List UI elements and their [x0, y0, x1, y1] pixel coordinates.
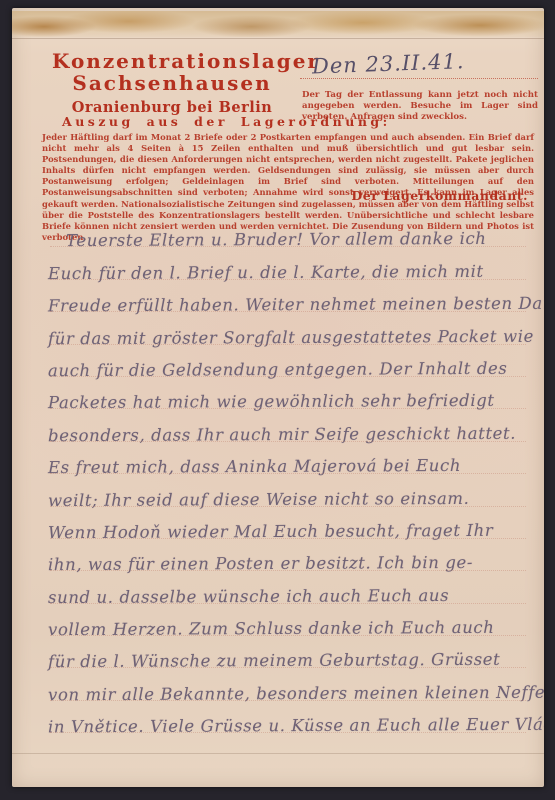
date-line: Den 23.II.41.	[300, 52, 538, 79]
letter-line: Euch für den l. Brief u. die l. Karte, d…	[48, 252, 540, 284]
letter-line: Freude erfüllt haben. Weiter nehmet mein…	[48, 285, 540, 317]
camp-name-line2: Sachsenhausen	[52, 72, 292, 95]
letter-line-text: für die l. Wünsche zu meinem Geburtstag.…	[48, 650, 500, 671]
letter-line: Teuerste Eltern u. Bruder! Vor allem dan…	[48, 220, 540, 252]
letter-line-text: vollem Herzen. Zum Schluss danke ich Euc…	[48, 618, 495, 639]
letter-form-paper: Konzentrationslager Sachsenhausen Oranie…	[12, 8, 544, 787]
letter-line: auch für die Geldsendung entgegen. Der I…	[48, 350, 540, 382]
letter-line: für die l. Wünsche zu meinem Geburtstag.…	[48, 641, 540, 673]
letter-line-text: Packetes hat mich wie gewöhnlich sehr be…	[48, 391, 495, 412]
letter-line-text: ihn, was für einen Posten er besitzt. Ic…	[48, 553, 473, 574]
regulations-heading: Auszug aus der Lagerordnung:	[62, 114, 391, 129]
letter-line-text: Wenn Hodoň wieder Mal Euch besucht, frag…	[48, 521, 493, 542]
letter-line: in Vnětice. Viele Grüsse u. Küsse an Euc…	[48, 706, 540, 738]
handwritten-letter: Teuerste Eltern u. Bruder! Vor allem dan…	[48, 220, 540, 738]
letter-line-text: Freude erfüllt haben. Weiter nehmet mein…	[48, 294, 544, 316]
letter-line-text: auch für die Geldsendung entgegen. Der I…	[48, 359, 508, 380]
tape-stain-strip	[12, 11, 544, 37]
letter-line: für das mit gröster Sorgfalt ausgestatte…	[48, 317, 540, 349]
letter-line-text: Teuerste Eltern u. Bruder! Vor allem dan…	[66, 229, 487, 250]
letter-line: von mir alle Bekannte, besonders meinen …	[48, 673, 540, 705]
letter-line: sund u. dasselbe wünsche ich auch Euch a…	[48, 576, 540, 608]
letter-line: Wenn Hodoň wieder Mal Euch besucht, frag…	[48, 512, 540, 544]
top-fold-line	[12, 38, 544, 39]
letter-line-text: besonders, dass Ihr auch mir Seife gesch…	[48, 424, 516, 445]
handwritten-date: Den 23.II.41.	[300, 49, 465, 79]
letter-line-text: für das mit gröster Sorgfalt ausgestatte…	[48, 326, 534, 348]
letter-line: Es freut mich, dass Aninka Majerová bei …	[48, 447, 540, 479]
letter-line: vollem Herzen. Zum Schluss danke ich Euc…	[48, 609, 540, 641]
letter-line-text: weilt; Ihr seid auf diese Weise nicht so…	[48, 488, 470, 509]
commandant-signature: Der Lagerkommandant.	[351, 188, 528, 203]
letter-line-text: Euch für den l. Brief u. die l. Karte, d…	[48, 262, 484, 283]
camp-letterhead: Konzentrationslager Sachsenhausen Oranie…	[52, 50, 292, 116]
letter-line-text: in Vnětice. Viele Grüsse u. Küsse an Euc…	[48, 715, 544, 737]
bottom-crease-line	[12, 753, 544, 754]
letter-line: weilt; Ihr seid auf diese Weise nicht so…	[48, 479, 540, 511]
letter-line: Packetes hat mich wie gewöhnlich sehr be…	[48, 382, 540, 414]
letter-line: ihn, was für einen Posten er besitzt. Ic…	[48, 544, 540, 576]
letter-line-text: sund u. dasselbe wünsche ich auch Euch a…	[48, 586, 449, 607]
letter-line: besonders, dass Ihr auch mir Seife gesch…	[48, 414, 540, 446]
camp-name-line1: Konzentrationslager	[52, 50, 292, 72]
letter-line-text: von mir alle Bekannte, besonders meinen …	[48, 683, 544, 705]
letter-line-text: Es freut mich, dass Aninka Majerová bei …	[48, 456, 461, 477]
